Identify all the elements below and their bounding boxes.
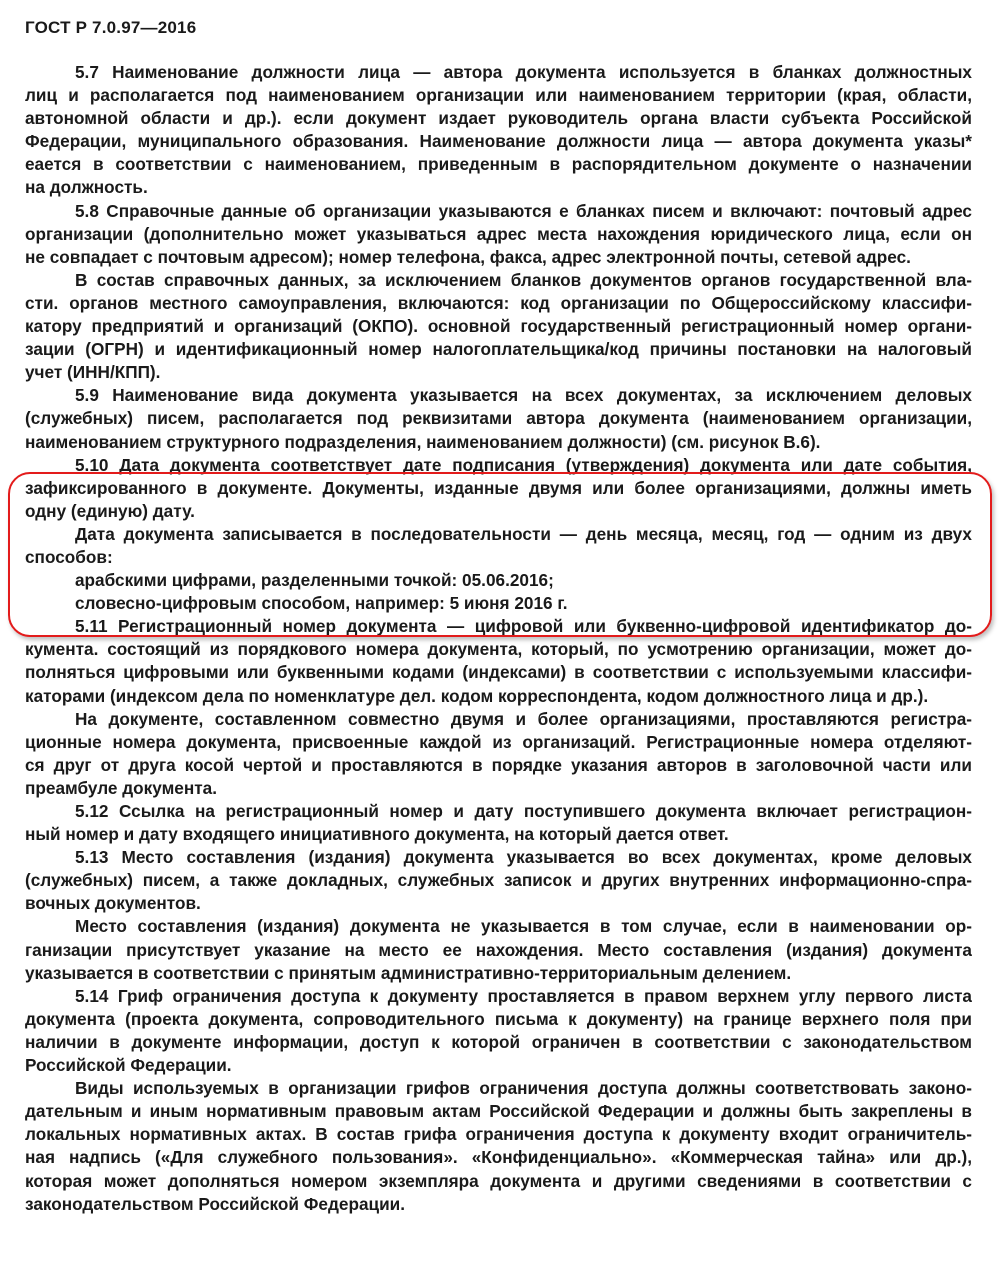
paragraph-line: одну (единую) дату. — [25, 500, 972, 523]
paragraph-line: зафиксированного в документе. Документы,… — [25, 477, 972, 500]
paragraph-line: на должность. — [25, 176, 972, 199]
paragraph-line: каторами (индексом дела по номенклатуре … — [25, 685, 972, 708]
paragraph-line: зации (ОГРН) и идентификационный номер н… — [25, 338, 972, 361]
paragraph-line: ная надпись («Для служебного пользования… — [25, 1146, 972, 1169]
paragraph-line: способов: — [25, 546, 972, 569]
paragraph-first-line: 5.10 Дата документа соответствует дате п… — [25, 454, 972, 477]
paragraph-line: документа (проекта документа, сопроводит… — [25, 1008, 972, 1031]
paragraph-first-line: 5.14 Гриф ограничения доступа к документ… — [25, 985, 972, 1008]
paragraph-line: ный номер и дату входящего инициативного… — [25, 823, 972, 846]
paragraph-line: сти. органов местного самоуправления, вк… — [25, 292, 972, 315]
paragraph-line: локальных нормативных актах. В состав гр… — [25, 1123, 972, 1146]
paragraph-first-line: 5.7 Наименование должности лица — автора… — [25, 61, 972, 84]
paragraph-first-line: На документе, составленном совместно дву… — [25, 708, 972, 731]
paragraph-line: (служебных) писем, располагается под рек… — [25, 407, 972, 430]
paragraph-line: дательным и иным нормативным правовым ак… — [25, 1100, 972, 1123]
paragraph-line: законодательством Российской Федерации. — [25, 1193, 972, 1216]
paragraph-first-line: Место составления (издания) документа не… — [25, 915, 972, 938]
document-header: ГОСТ Р 7.0.97—2016 — [25, 18, 196, 38]
paragraph-line: Федерации, муниципального образования. Н… — [25, 130, 972, 153]
paragraph-line: Российской Федерации. — [25, 1054, 972, 1077]
paragraph-first-line: арабскими цифрами, разделенными точкой: … — [25, 569, 972, 592]
paragraph-line: указывается в соответствии с принятым ад… — [25, 962, 972, 985]
paragraph-line: полняться цифровыми или буквенными кодам… — [25, 661, 972, 684]
paragraph-line: ся друг от друга косой чертой и проставл… — [25, 754, 972, 777]
paragraph-line: преамбуле документа. — [25, 777, 972, 800]
paragraph-first-line: Дата документа записывается в последоват… — [25, 523, 972, 546]
paragraph-first-line: 5.12 Ссылка на регистрационный номер и д… — [25, 800, 972, 823]
paragraph-first-line: 5.13 Место составления (издания) докумен… — [25, 846, 972, 869]
paragraph-line: наименованием структурного подразделения… — [25, 431, 972, 454]
paragraph-line: кумента. состоящий из порядкового номера… — [25, 638, 972, 661]
document-body: 5.7 Наименование должности лица — автора… — [25, 61, 972, 1216]
paragraph-first-line: словесно-цифровым способом, например: 5 … — [25, 592, 972, 615]
paragraph-line: ганизации присутствует указание на место… — [25, 939, 972, 962]
paragraph-first-line: В состав справочных данных, за исключени… — [25, 269, 972, 292]
paragraph-line: катору предприятий и организаций (ОКПО).… — [25, 315, 972, 338]
paragraph-line: наличии в документе информации, доступ к… — [25, 1031, 972, 1054]
paragraph-line: учет (ИНН/КПП). — [25, 361, 972, 384]
paragraph-first-line: 5.11 Регистрационный номер документа — ц… — [25, 615, 972, 638]
paragraph-line: не совпадает с почтовым адресом); номер … — [25, 246, 972, 269]
paragraph-first-line: 5.9 Наименование вида документа указывае… — [25, 384, 972, 407]
paragraph-first-line: 5.8 Справочные данные об организации ука… — [25, 200, 972, 223]
paragraph-line: организации (дополнительно может указыва… — [25, 223, 972, 246]
paragraph-line: лиц и располагается под наименованием ор… — [25, 84, 972, 107]
paragraph-line: которая может дополняться номером экземп… — [25, 1170, 972, 1193]
paragraph-line: вочных документов. — [25, 892, 972, 915]
paragraph-line: автономной области и др.). если документ… — [25, 107, 972, 130]
paragraph-line: ционные номера документа, присвоенные ка… — [25, 731, 972, 754]
paragraph-line: еается в соответствии с наименованием, п… — [25, 153, 972, 176]
paragraph-first-line: Виды используемых в организации грифов о… — [25, 1077, 972, 1100]
paragraph-line: (служебных) писем, а также докладных, сл… — [25, 869, 972, 892]
